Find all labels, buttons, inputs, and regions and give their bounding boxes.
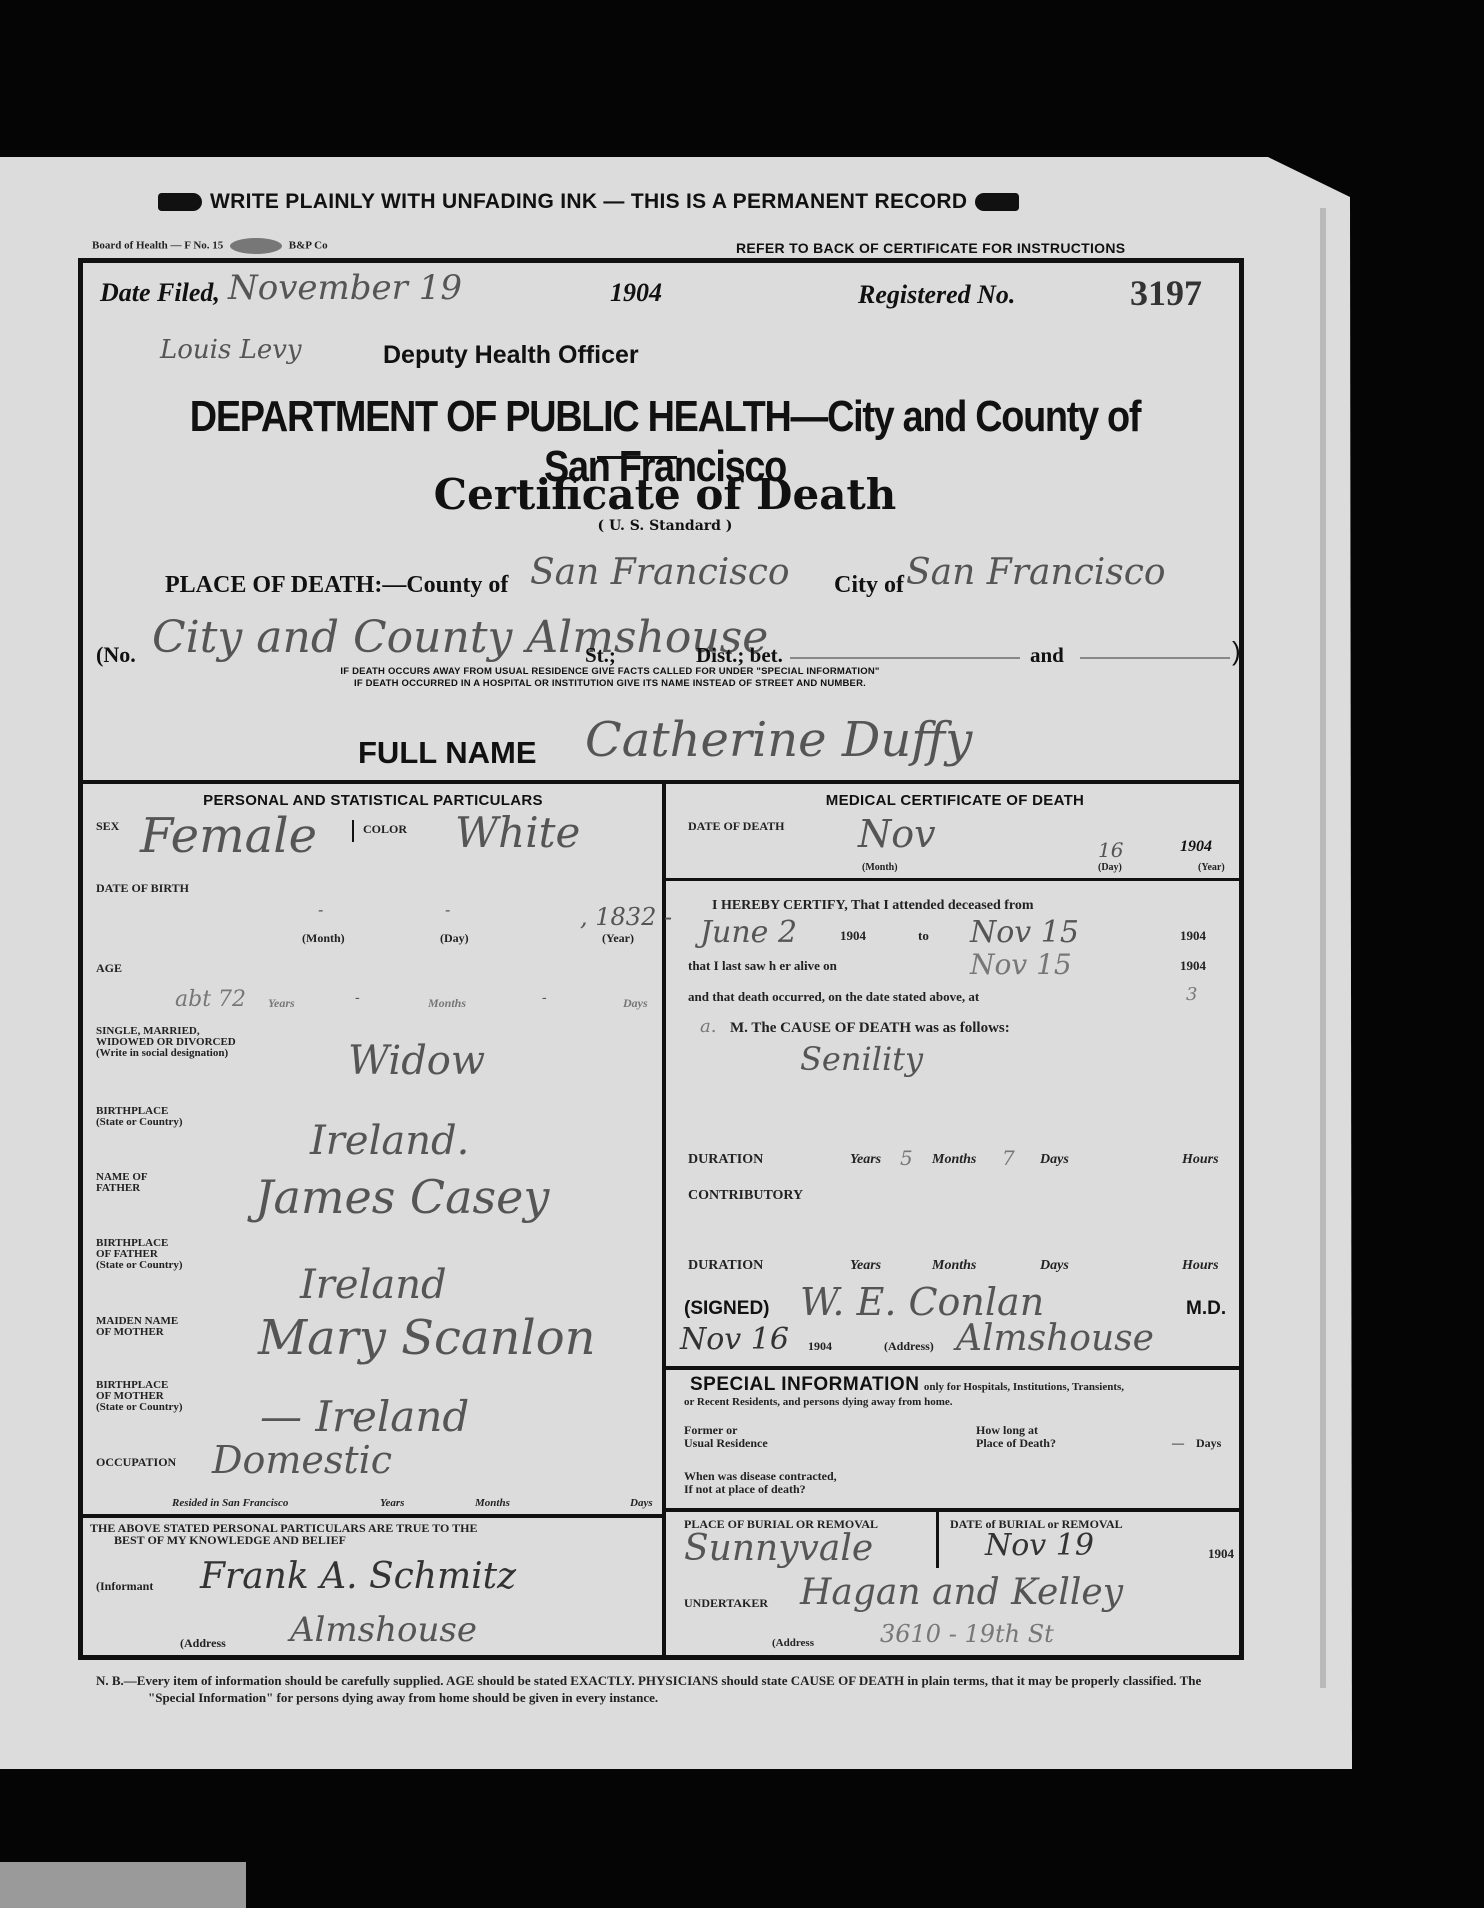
officer-signature: Louis Levy (160, 335, 302, 365)
dob-label: DATE OF BIRTH (96, 882, 189, 894)
section-divider (78, 780, 1244, 784)
footer-note: N. B.—Every item of information should b… (96, 1672, 1228, 1706)
marital-label: SINGLE, MARRIED, WIDOWED OR DIVORCED (Wr… (96, 1026, 236, 1059)
duration-days-caption: Days (1040, 1154, 1069, 1166)
mother-birthplace-label-line3: (State or Country) (96, 1402, 183, 1413)
personal-heading: PERSONAL AND STATISTICAL PARTICULARS (84, 792, 662, 809)
filed-year: 1904 (610, 278, 662, 308)
title-divider (597, 456, 677, 459)
informant-label: (Informant (96, 1580, 153, 1592)
mother-birthplace-label: BIRTHPLACE OF MOTHER (State or Country) (96, 1380, 183, 1413)
birthplace-label: BIRTHPLACE (State or Country) (96, 1106, 183, 1128)
place-of-death-label: PLACE OF DEATH:—County of (165, 572, 508, 599)
signed-year: 1904 (808, 1340, 832, 1352)
dod-year-caption: (Year) (1198, 862, 1225, 874)
special-heading: SPECIAL INFORMATION (690, 1374, 919, 1395)
burial-place-value: Sunnyvale (684, 1528, 873, 1569)
father-name-label-line2: FATHER (96, 1183, 148, 1194)
age-days-caption: Days (623, 997, 648, 1009)
pointing-hand-icon (158, 193, 202, 211)
cause-text: M. The CAUSE OF DEATH was as follows: (730, 1022, 1010, 1034)
age-years-caption: Years (268, 997, 295, 1009)
duration2-label: DURATION (688, 1260, 763, 1272)
contributory-label: CONTRIBUTORY (688, 1190, 803, 1202)
duration2-hours-caption: Hours (1182, 1260, 1219, 1272)
form-number: Board of Health — F No. 15 (92, 240, 223, 252)
officer-title: Deputy Health Officer (383, 341, 639, 370)
county-value: San Francisco (530, 552, 790, 593)
duration-months-caption: Months (932, 1154, 976, 1166)
board-of-health-ref: Board of Health — F No. 15 B&P Co (92, 238, 328, 254)
city-label: City of (834, 572, 904, 599)
special-divider (666, 1366, 1244, 1370)
banner-text: WRITE PLAINLY WITH UNFADING INK — THIS I… (210, 190, 967, 213)
district-blank (790, 657, 1020, 659)
last-saw-year: 1904 (1180, 960, 1206, 972)
medical-heading: MEDICAL CERTIFICATE OF DEATH (666, 792, 1244, 809)
mother-name-label: MAIDEN NAME OF MOTHER (96, 1316, 178, 1338)
and-label: and (1030, 643, 1064, 668)
father-name-value: James Casey (255, 1170, 549, 1224)
mother-name-label-line2: OF MOTHER (96, 1327, 178, 1338)
paper-fold-shadow (1320, 208, 1326, 1688)
certify-text: I HEREBY CERTIFY, That I attended deceas… (712, 900, 1034, 912)
age-months-caption: Months (428, 997, 466, 1009)
former-residence-label: Former or Usual Residence (684, 1424, 768, 1450)
birthplace-value: Ireland. (310, 1118, 469, 1164)
registered-label: Registered No. (858, 280, 1015, 310)
city-value: San Francisco (906, 552, 1166, 593)
mother-birthplace-value: — Ireland (260, 1392, 469, 1441)
undertaker-address-value: 3610 - 19th St (880, 1620, 1054, 1648)
affirm-line2: BEST OF MY KNOWLEDGE AND BELIEF (90, 1534, 477, 1546)
how-long-value: — (1172, 1437, 1184, 1449)
dod-day-caption: (Day) (1098, 862, 1122, 874)
informant-address-value: Almshouse (290, 1610, 477, 1650)
duration2-years-caption: Years (850, 1260, 881, 1272)
dod-month: Nov (858, 812, 936, 856)
duration2-months-caption: Months (932, 1260, 976, 1272)
father-name-label: NAME OF FATHER (96, 1172, 148, 1194)
us-standard: ( U. S. Standard ) (90, 518, 1240, 534)
district-label: Dist.; bet. (696, 643, 783, 668)
dob-month-caption: (Month) (302, 932, 345, 944)
marital-value: Widow (348, 1038, 485, 1084)
to-label: to (918, 930, 929, 942)
signed-date: Nov 16 (680, 1322, 789, 1357)
dod-label: DATE OF DEATH (688, 820, 784, 832)
last-saw-label: that I last saw h er alive on (688, 960, 837, 972)
burial-column-divider (936, 1510, 939, 1568)
md-label: M.D. (1186, 1298, 1226, 1320)
sex-value: Female (140, 808, 317, 864)
dod-year: 1904 (1180, 838, 1212, 856)
dob-year: , 1832 - (580, 903, 672, 931)
refer-instructions: REFER TO BACK OF CERTIFICATE FOR INSTRUC… (736, 240, 1125, 256)
mother-name-value: Mary Scanlon (258, 1310, 596, 1366)
affirm-divider (78, 1514, 664, 1518)
age-value: abt 72 (175, 987, 246, 1012)
age-days: - (542, 990, 547, 1006)
residence-note: IF DEATH OCCURS AWAY FROM USUAL RESIDENC… (240, 666, 980, 690)
signed-label: (SIGNED) (684, 1298, 770, 1320)
marital-label-line3: (Write in social designation) (96, 1048, 236, 1059)
disease-contracted-label: When was disease contracted, If not at p… (684, 1470, 837, 1496)
former-residence-line2: Usual Residence (684, 1437, 768, 1450)
duration2-days-caption: Days (1040, 1260, 1069, 1272)
death-occurred-text: and that death occurred, on the date sta… (688, 991, 979, 1003)
birthplace-label-line2: (State or Country) (96, 1117, 183, 1128)
attended-from-year: 1904 (840, 930, 866, 942)
how-long-days-label: Days (1196, 1437, 1221, 1449)
father-birthplace-label-line3: (State or Country) (96, 1260, 183, 1271)
last-saw-date: Nov 15 (970, 948, 1072, 981)
how-long-label: How long at Place of Death? (976, 1424, 1056, 1450)
dod-month-caption: (Month) (862, 862, 898, 874)
resided-years: Years (380, 1497, 404, 1509)
physician-address-label: (Address) (884, 1340, 934, 1352)
dob-day-caption: (Day) (440, 932, 469, 944)
father-birthplace-value: Ireland (300, 1262, 447, 1308)
color-value: White (455, 808, 580, 857)
residence-note-line2: IF DEATH OCCURRED IN A HOSPITAL OR INSTI… (240, 678, 980, 690)
pointing-hand-icon (975, 193, 1019, 211)
sex-color-divider (352, 820, 354, 842)
dod-day: 16 (1098, 838, 1123, 862)
disease-contracted-line2: If not at place of death? (684, 1483, 837, 1496)
residence-note-line1: IF DEATH OCCURS AWAY FROM USUAL RESIDENC… (240, 666, 980, 678)
printer-mark: B&P Co (289, 240, 328, 252)
attended-to-date: Nov 15 (970, 915, 1079, 950)
and-blank (1080, 657, 1230, 659)
date-filed-label: Date Filed, (100, 278, 220, 308)
street-value: City and County Almshouse (152, 612, 768, 663)
resided-days: Days (630, 1497, 653, 1509)
dod-divider (666, 878, 1244, 881)
duration-years-value: 5 (900, 1146, 913, 1170)
dob-day: - (445, 900, 450, 919)
age-months: - (355, 990, 360, 1006)
paper-scrap (0, 1862, 246, 1908)
attended-from-date: June 2 (700, 915, 797, 950)
death-meridiem: a. (700, 1016, 716, 1037)
resided-label: Resided in San Francisco (172, 1497, 288, 1509)
full-name-label: FULL NAME (358, 735, 537, 771)
registered-number: 3197 (1130, 272, 1202, 314)
date-filed-value: November 19 (228, 268, 462, 308)
undertaker-value: Hagan and Kelley (800, 1572, 1123, 1613)
attended-to-year: 1904 (1180, 930, 1206, 942)
color-label: COLOR (363, 823, 407, 835)
full-name-value: Catherine Duffy (585, 712, 972, 768)
how-long-line2: Place of Death? (976, 1437, 1056, 1450)
street-label: St.; (585, 643, 616, 668)
street-number-label: (No. (96, 642, 136, 668)
physician-address-value: Almshouse (956, 1318, 1154, 1359)
burial-divider (666, 1508, 1244, 1512)
close-paren: ) (1232, 636, 1241, 667)
affirm-statement: THE ABOVE STATED PERSONAL PARTICULARS AR… (90, 1522, 477, 1546)
sex-label: SEX (96, 820, 119, 832)
occupation-label: OCCUPATION (96, 1456, 176, 1468)
special-heading-note: only for Hospitals, Institutions, Transi… (924, 1381, 1124, 1393)
special-heading-note2: or Recent Residents, and persons dying a… (684, 1396, 953, 1408)
duration-months-value: 7 (1002, 1146, 1015, 1170)
duration-label: DURATION (688, 1154, 763, 1166)
resided-months: Months (475, 1497, 510, 1509)
undertaker-label: UNDERTAKER (684, 1597, 768, 1609)
undertaker-address-label: (Address (772, 1637, 814, 1649)
death-time: 3 (1186, 984, 1197, 1005)
permanent-record-banner: WRITE PLAINLY WITH UNFADING INK — THIS I… (150, 190, 1027, 214)
union-seal-icon (230, 238, 282, 254)
dob-month: - (318, 900, 323, 919)
informant-value: Frank A. Schmitz (200, 1556, 516, 1597)
burial-date-year: 1904 (1208, 1548, 1234, 1560)
age-label: AGE (96, 962, 122, 974)
duration-years-caption: Years (850, 1154, 881, 1166)
burial-date-value: Nov 19 (985, 1528, 1094, 1563)
cause-value: Senility (800, 1040, 923, 1078)
informant-address-label: (Address (180, 1637, 226, 1649)
occupation-value: Domestic (212, 1438, 392, 1482)
dob-year-caption: (Year) (602, 932, 634, 944)
certificate-title: Certificate of Death (90, 470, 1240, 519)
special-heading-row: SPECIAL INFORMATION only for Hospitals, … (690, 1374, 1124, 1396)
duration-hours-caption: Hours (1182, 1154, 1219, 1166)
father-birthplace-label: BIRTHPLACE OF FATHER (State or Country) (96, 1238, 183, 1271)
